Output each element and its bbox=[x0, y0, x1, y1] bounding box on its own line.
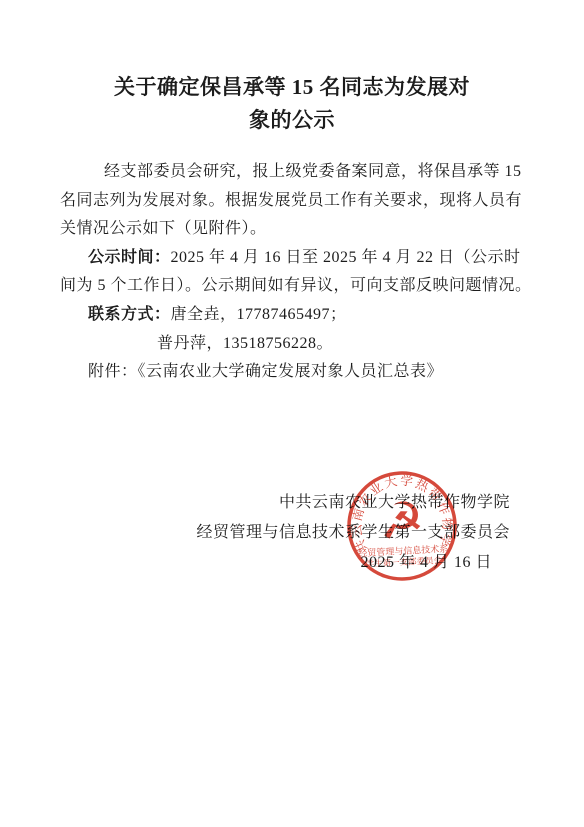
body-line: 名同志列为发展对象。根据发展党员工作有关要求，现将人员有 bbox=[60, 187, 524, 216]
document-page: 关于确定保昌承等 15 名同志为发展对 象的公示 经支部委员会研究，报上级党委备… bbox=[0, 0, 584, 827]
signature-date: 2025 年 4 月 16 日 bbox=[60, 548, 510, 578]
attachment-line: 附件：《云南农业大学确定发展对象人员汇总表》 bbox=[88, 363, 443, 380]
body-text: 2025 年 4 月 16 日至 2025 年 4 月 22 日（公示时 bbox=[171, 249, 521, 266]
publicity-period-label: 公示时间： bbox=[88, 249, 171, 266]
document-title-line-2: 象的公示 bbox=[0, 104, 584, 137]
document-body: 经支部委员会研究，报上级党委备案同意，将保昌承等 15 名同志列为发展对象。根据… bbox=[60, 158, 524, 387]
body-line: 联系方式：唐全垚，17787465497； bbox=[88, 301, 524, 330]
signature-org-line-2: 经贸管理与信息技术系学生第一支部委员会 bbox=[60, 518, 510, 548]
signature-org-line-1: 中共云南农业大学热带作物学院 bbox=[60, 488, 510, 518]
body-line: 间为 5 个工作日）。公示期间如有异议，可向支部反映问题情况。 bbox=[60, 272, 524, 301]
contact-label: 联系方式： bbox=[88, 306, 171, 323]
signature-block: 中共云南农业大学热带作物学院 经贸管理与信息技术系学生第一支部委员会 2025 … bbox=[60, 488, 510, 578]
body-text: 关情况公示如下（见附件）。 bbox=[60, 220, 267, 237]
body-text: 名同志列为发展对象。根据发展党员工作有关要求，现将人员有 bbox=[60, 192, 522, 209]
body-line: 公示时间：2025 年 4 月 16 日至 2025 年 4 月 22 日（公示… bbox=[88, 244, 524, 273]
document-title-line-1: 关于确定保昌承等 15 名同志为发展对 bbox=[0, 71, 584, 104]
body-line: 经支部委员会研究，报上级党委备案同意，将保昌承等 15 bbox=[104, 158, 524, 187]
body-text: 经支部委员会研究，报上级党委备案同意，将保昌承等 15 bbox=[104, 163, 522, 180]
contact-1: 唐全垚，17787465497； bbox=[171, 306, 347, 323]
contact-2: 普丹萍，13518756228。 bbox=[157, 335, 333, 352]
body-line: 普丹萍，13518756228。 bbox=[157, 330, 524, 359]
body-line: 附件：《云南农业大学确定发展对象人员汇总表》 bbox=[88, 358, 524, 387]
body-text: 间为 5 个工作日）。公示期间如有异议，可向支部反映问题情况。 bbox=[60, 277, 532, 294]
body-line: 关情况公示如下（见附件）。 bbox=[60, 215, 524, 244]
document-title: 关于确定保昌承等 15 名同志为发展对 象的公示 bbox=[0, 71, 584, 137]
